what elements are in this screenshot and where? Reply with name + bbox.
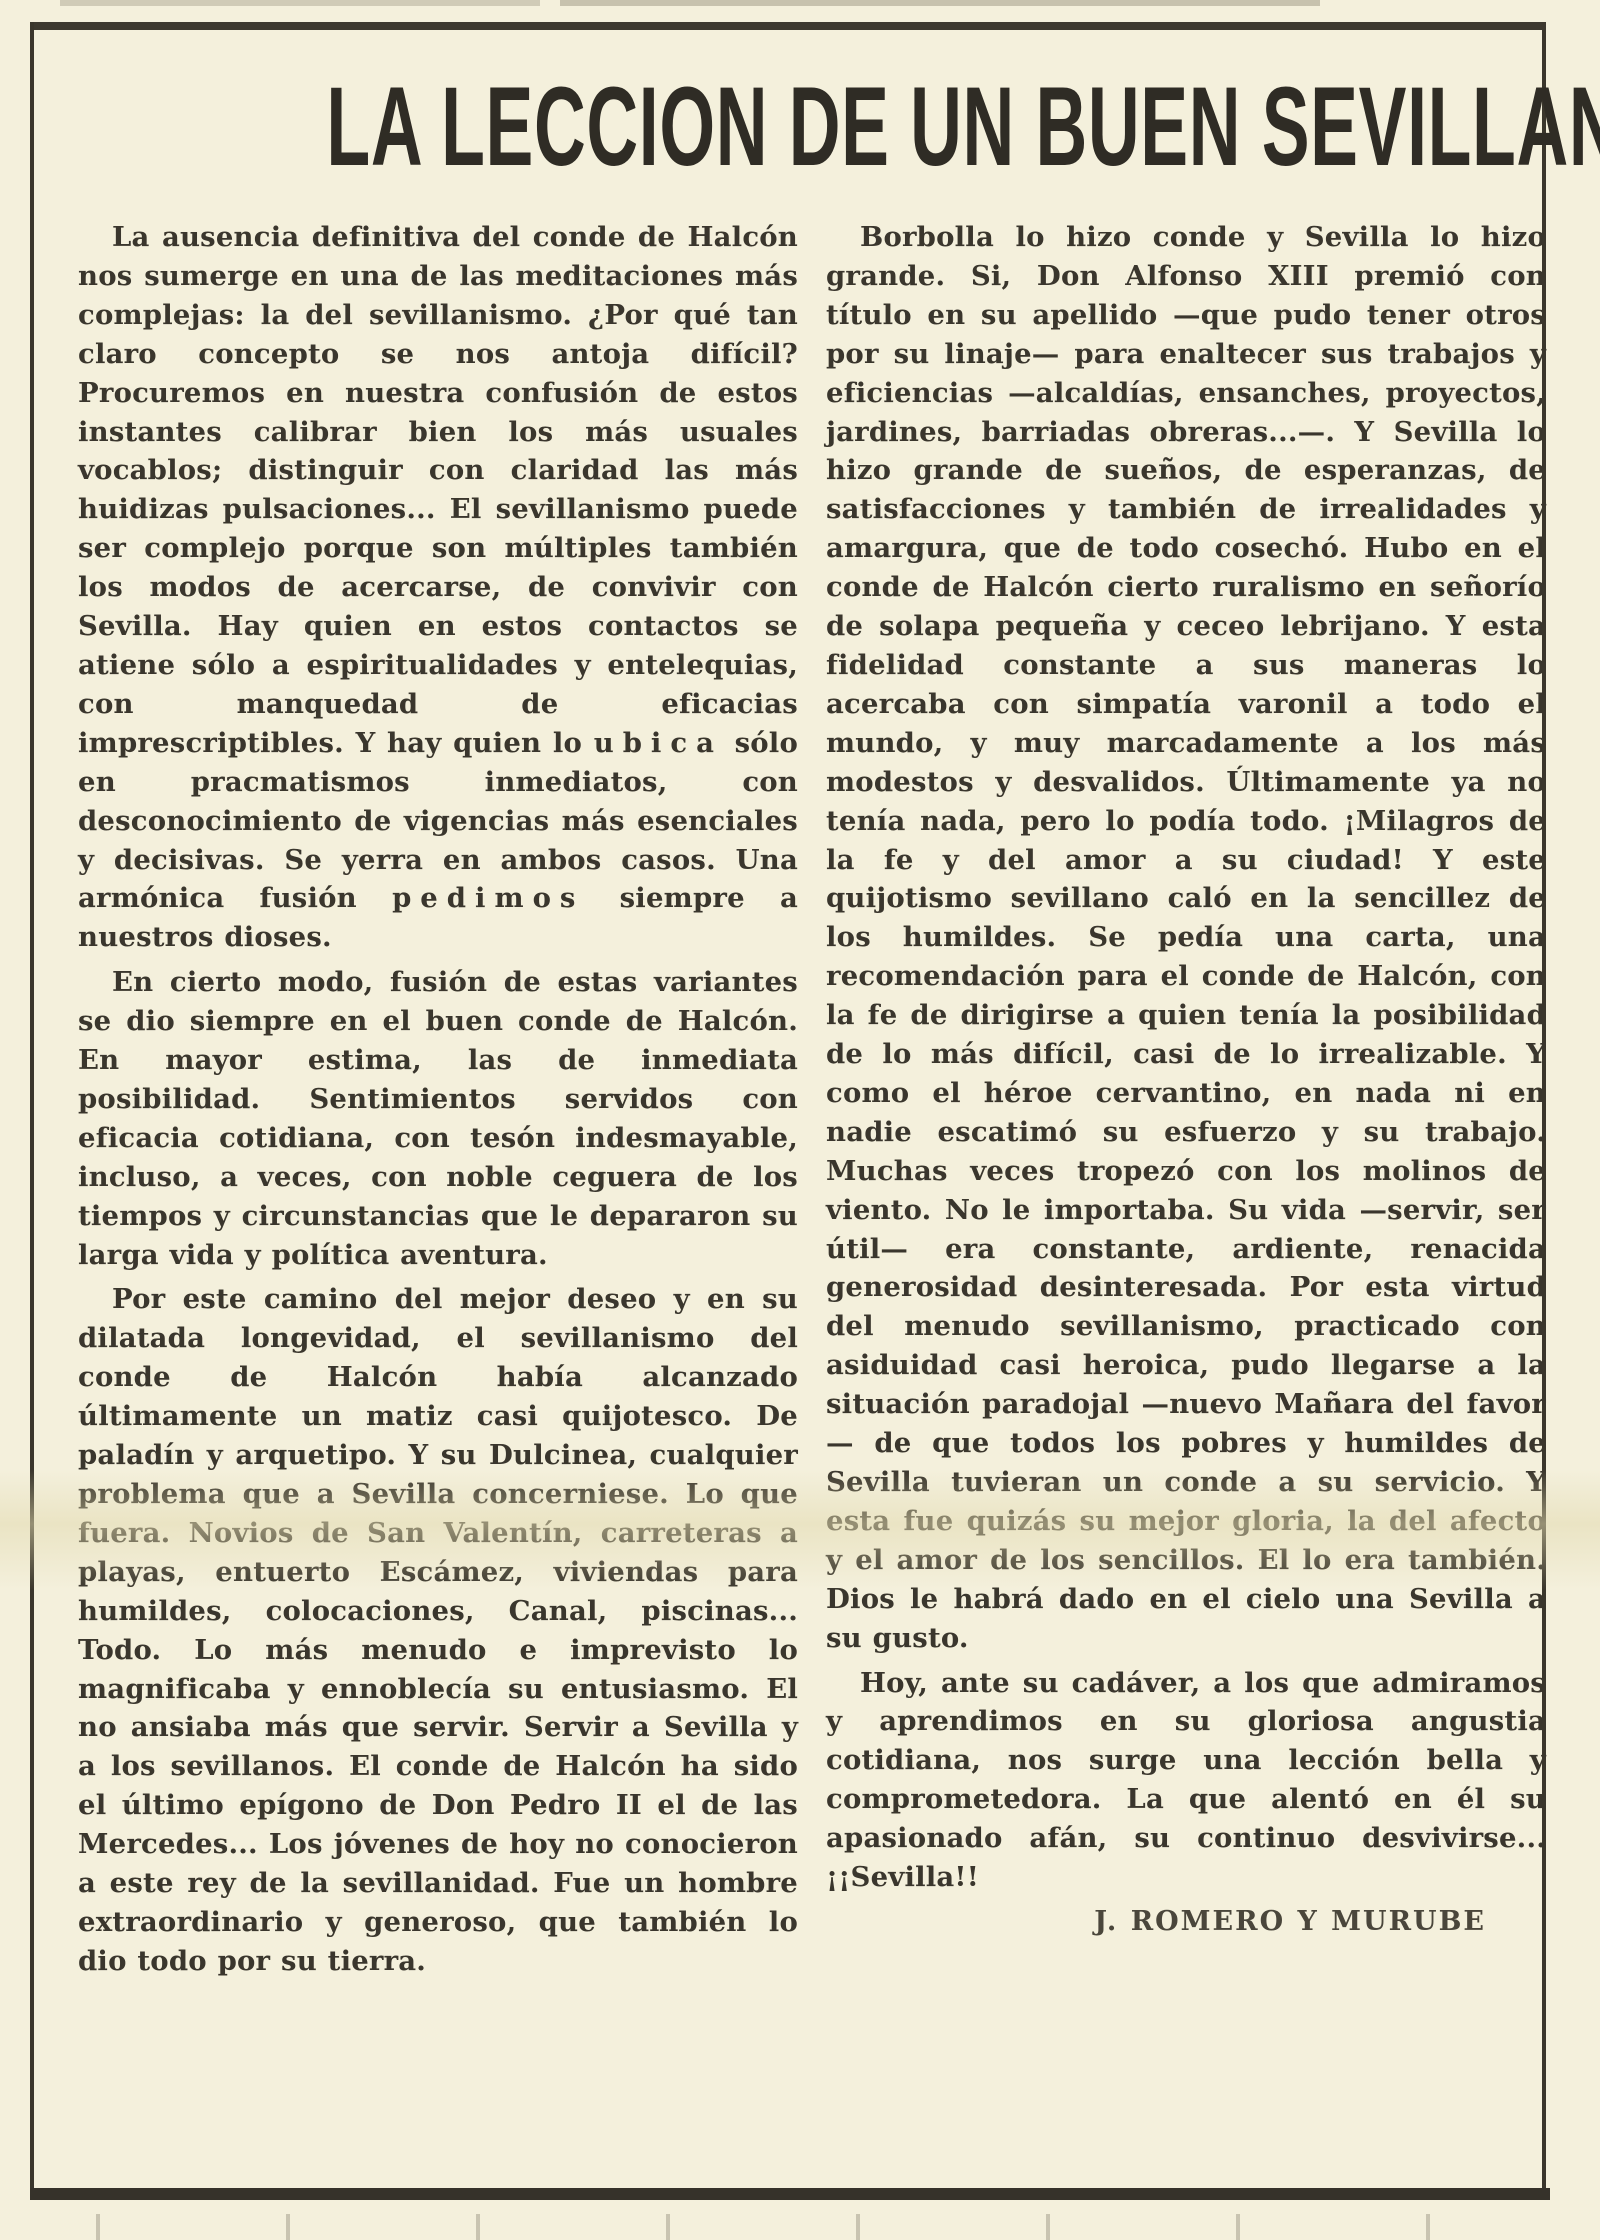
paragraph-5: Hoy, ante su cadáver, a los que admiramo… [826,1664,1546,1897]
article-headline: LA LECCION DE UN BUEN SEVILLANO [326,62,1273,192]
paragraph-1: La ausencia definitiva del conde de Halc… [78,218,798,957]
top-rule [34,22,1546,30]
paragraph-1-text: La ausencia definitiva del conde de Halc… [78,221,798,759]
clipped-bottom-edge [0,2214,1600,2240]
author-signature: J. ROMERO Y MURUBE [826,1903,1486,1942]
left-column: La ausencia definitiva del conde de Halc… [78,218,798,1987]
right-column: Borbolla lo hizo conde y Sevilla lo hizo… [826,218,1546,1942]
bottom-rule [30,2188,1550,2200]
spaced-word-ubica: ubica [594,727,723,759]
spaced-word-pedimos: pedimos [392,882,584,914]
paragraph-2: En cierto modo, fusión de estas variante… [78,963,798,1274]
paragraph-3: Por este camino del mejor deseo y en su … [78,1280,798,1980]
clipped-top-edge [0,0,1600,6]
paragraph-4: Borbolla lo hizo conde y Sevilla lo hizo… [826,218,1546,1658]
